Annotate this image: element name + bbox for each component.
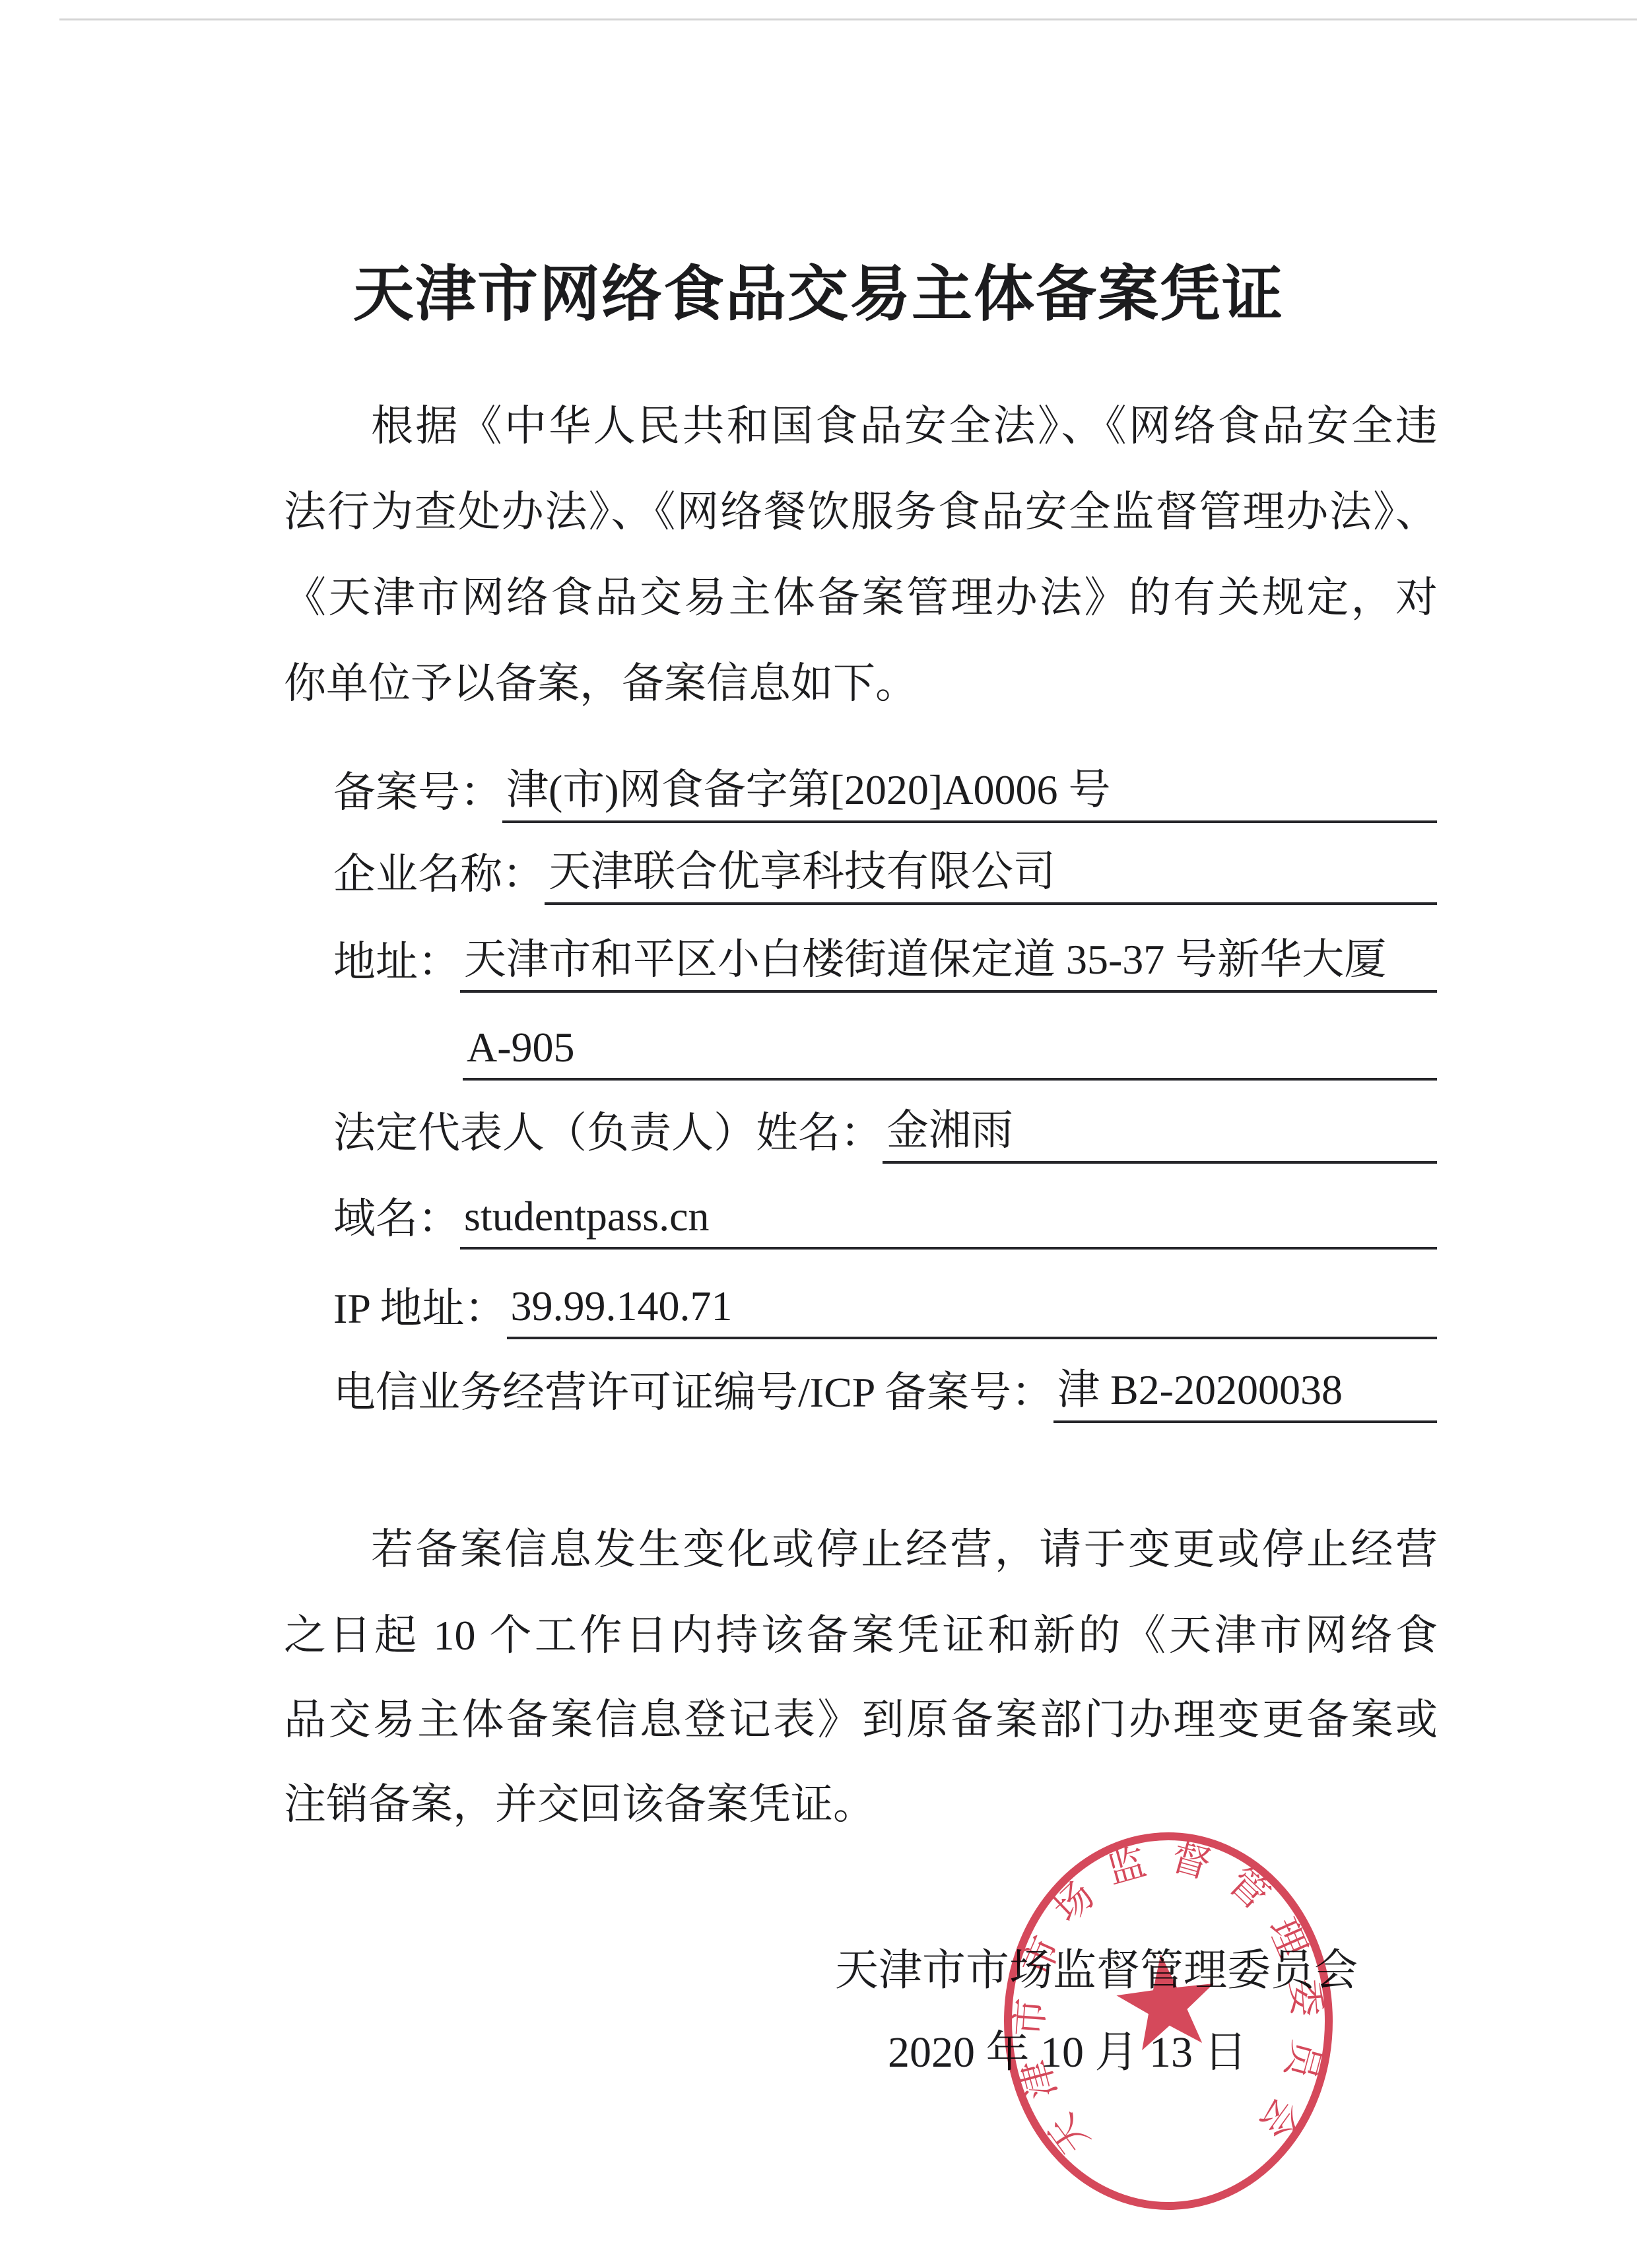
- field-label: 备案号：: [333, 762, 502, 823]
- field-label: 法定代表人（负责人）姓名：: [333, 1103, 883, 1164]
- field-value: A-905: [463, 1017, 1437, 1081]
- field-label: 地址：: [333, 932, 460, 993]
- closing-paragraph-line: 若备案信息发生变化或停止经营，请于变更或停止经营: [284, 1519, 1438, 1580]
- scan-artifact-line: [59, 18, 1637, 20]
- closing-paragraph-line: 品交易主体备案信息登记表》到原备案部门办理变更备案或: [284, 1690, 1438, 1751]
- intro-paragraph-line: 《天津市网络食品交易主体备案管理办法》的有关规定，对: [284, 568, 1438, 628]
- field-row-company-name: 企业名称： 天津联合优享科技有限公司: [333, 840, 1437, 905]
- field-label: 电信业务经营许可证编号/ICP 备案号：: [333, 1362, 1053, 1423]
- field-row-legal-representative: 法定代表人（负责人）姓名： 金湘雨: [333, 1099, 1437, 1164]
- field-value: 天津市和平区小白楼街道保定道 35-37 号新华大厦: [460, 929, 1437, 993]
- field-row-icp-license: 电信业务经营许可证编号/ICP 备案号： 津 B2-20200038: [333, 1358, 1437, 1423]
- field-row-address: 地址： 天津市和平区小白楼街道保定道 35-37 号新华大厦: [333, 928, 1437, 993]
- field-label: 域名：: [333, 1189, 460, 1250]
- field-row-filing-number: 备案号： 津(市)网食备字第[2020]A0006 号: [333, 758, 1437, 823]
- field-value: 津(市)网食备字第[2020]A0006 号: [502, 760, 1437, 823]
- field-label: IP 地址：: [333, 1279, 507, 1339]
- intro-paragraph-line: 你单位予以备案，备案信息如下。: [284, 653, 1438, 714]
- intro-paragraph-line: 根据《中华人民共和国食品安全法》、《网络食品安全违: [284, 396, 1438, 457]
- field-value: 天津联合优享科技有限公司: [545, 842, 1437, 905]
- intro-paragraph-line: 法行为查处办法》、《网络餐饮服务食品安全监督管理办法》、: [284, 482, 1438, 543]
- field-value: 金湘雨: [883, 1100, 1437, 1164]
- star-icon: [1112, 1949, 1220, 2053]
- field-label: 企业名称：: [333, 844, 545, 905]
- field-row-ip-address: IP 地址： 39.99.140.71: [333, 1275, 1437, 1339]
- field-row-address-line2: A-905: [333, 1016, 1437, 1081]
- field-value: studentpass.cn: [460, 1186, 1437, 1250]
- field-value: 39.99.140.71: [507, 1276, 1437, 1339]
- official-seal-stamp: 天津市市场监督管理委员会: [997, 1822, 1340, 2220]
- page-title: 天津市网络食品交易主体备案凭证: [0, 246, 1637, 333]
- closing-paragraph-line: 之日起 10 个工作日内持该备案凭证和新的《天津市网络食: [284, 1605, 1438, 1666]
- field-row-domain: 域名： studentpass.cn: [333, 1185, 1437, 1250]
- field-value: 津 B2-20200038: [1053, 1360, 1437, 1423]
- document-page: 天津市网络食品交易主体备案凭证 根据《中华人民共和国食品安全法》、《网络食品安全…: [0, 0, 1637, 2268]
